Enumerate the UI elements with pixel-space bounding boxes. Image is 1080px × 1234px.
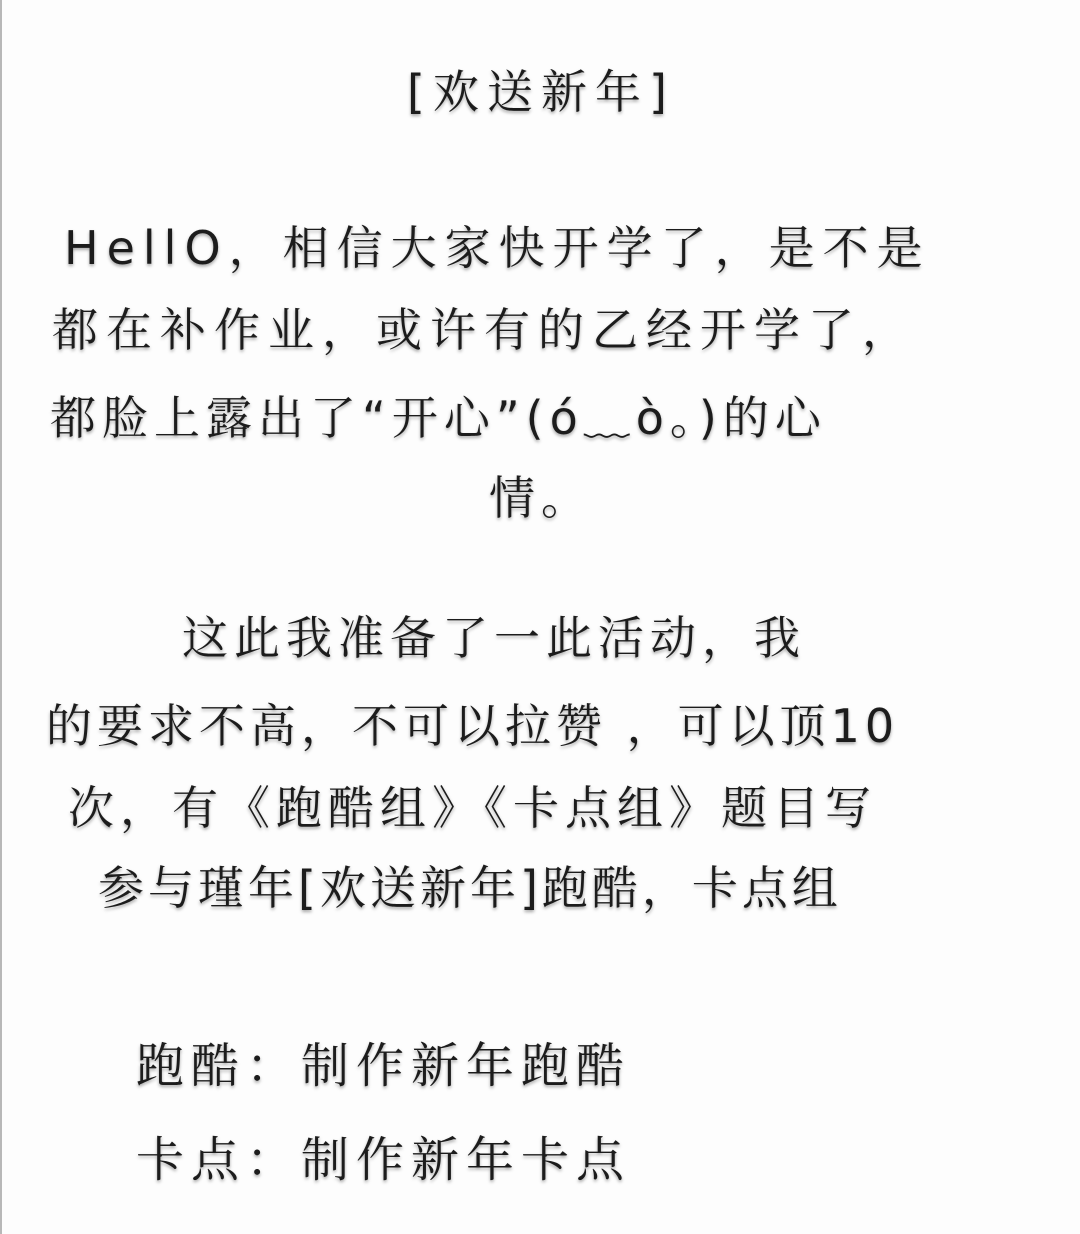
text-line: 都脸上露出了“开心”(ó﹏ò。)的心 bbox=[50, 388, 827, 448]
group-description: 制作新年卡点 bbox=[301, 1132, 631, 1188]
text-line: 的要求不高，不可以拉赞 ，可以顶10 bbox=[46, 696, 899, 756]
group-item-parkour: 跑酷：制作新年跑酷 bbox=[136, 1036, 631, 1096]
text-line: 这此我准备了一此活动，我 bbox=[182, 608, 806, 668]
text-line: 情。 bbox=[2, 468, 1080, 528]
document-title: [欢送新年] bbox=[2, 62, 1080, 122]
text-line: 次，有《跑酷组》《卡点组》题目写 bbox=[68, 778, 877, 838]
document-page: [欢送新年] HellO，相信大家快开学了，是不是 都在补作业，或许有的乙经开学… bbox=[2, 0, 1080, 1234]
text-line: 都在补作业，或许有的乙经开学了， bbox=[52, 300, 916, 360]
group-label: 卡点： bbox=[136, 1132, 301, 1188]
group-item-beat-sync: 卡点：制作新年卡点 bbox=[136, 1130, 631, 1190]
group-description: 制作新年跑酷 bbox=[301, 1038, 631, 1094]
text-line: 参与瑾年[欢送新年]跑酷，卡点组 bbox=[98, 858, 842, 918]
text-line: HellO，相信大家快开学了，是不是 bbox=[64, 218, 931, 278]
group-label: 跑酷： bbox=[136, 1038, 301, 1094]
